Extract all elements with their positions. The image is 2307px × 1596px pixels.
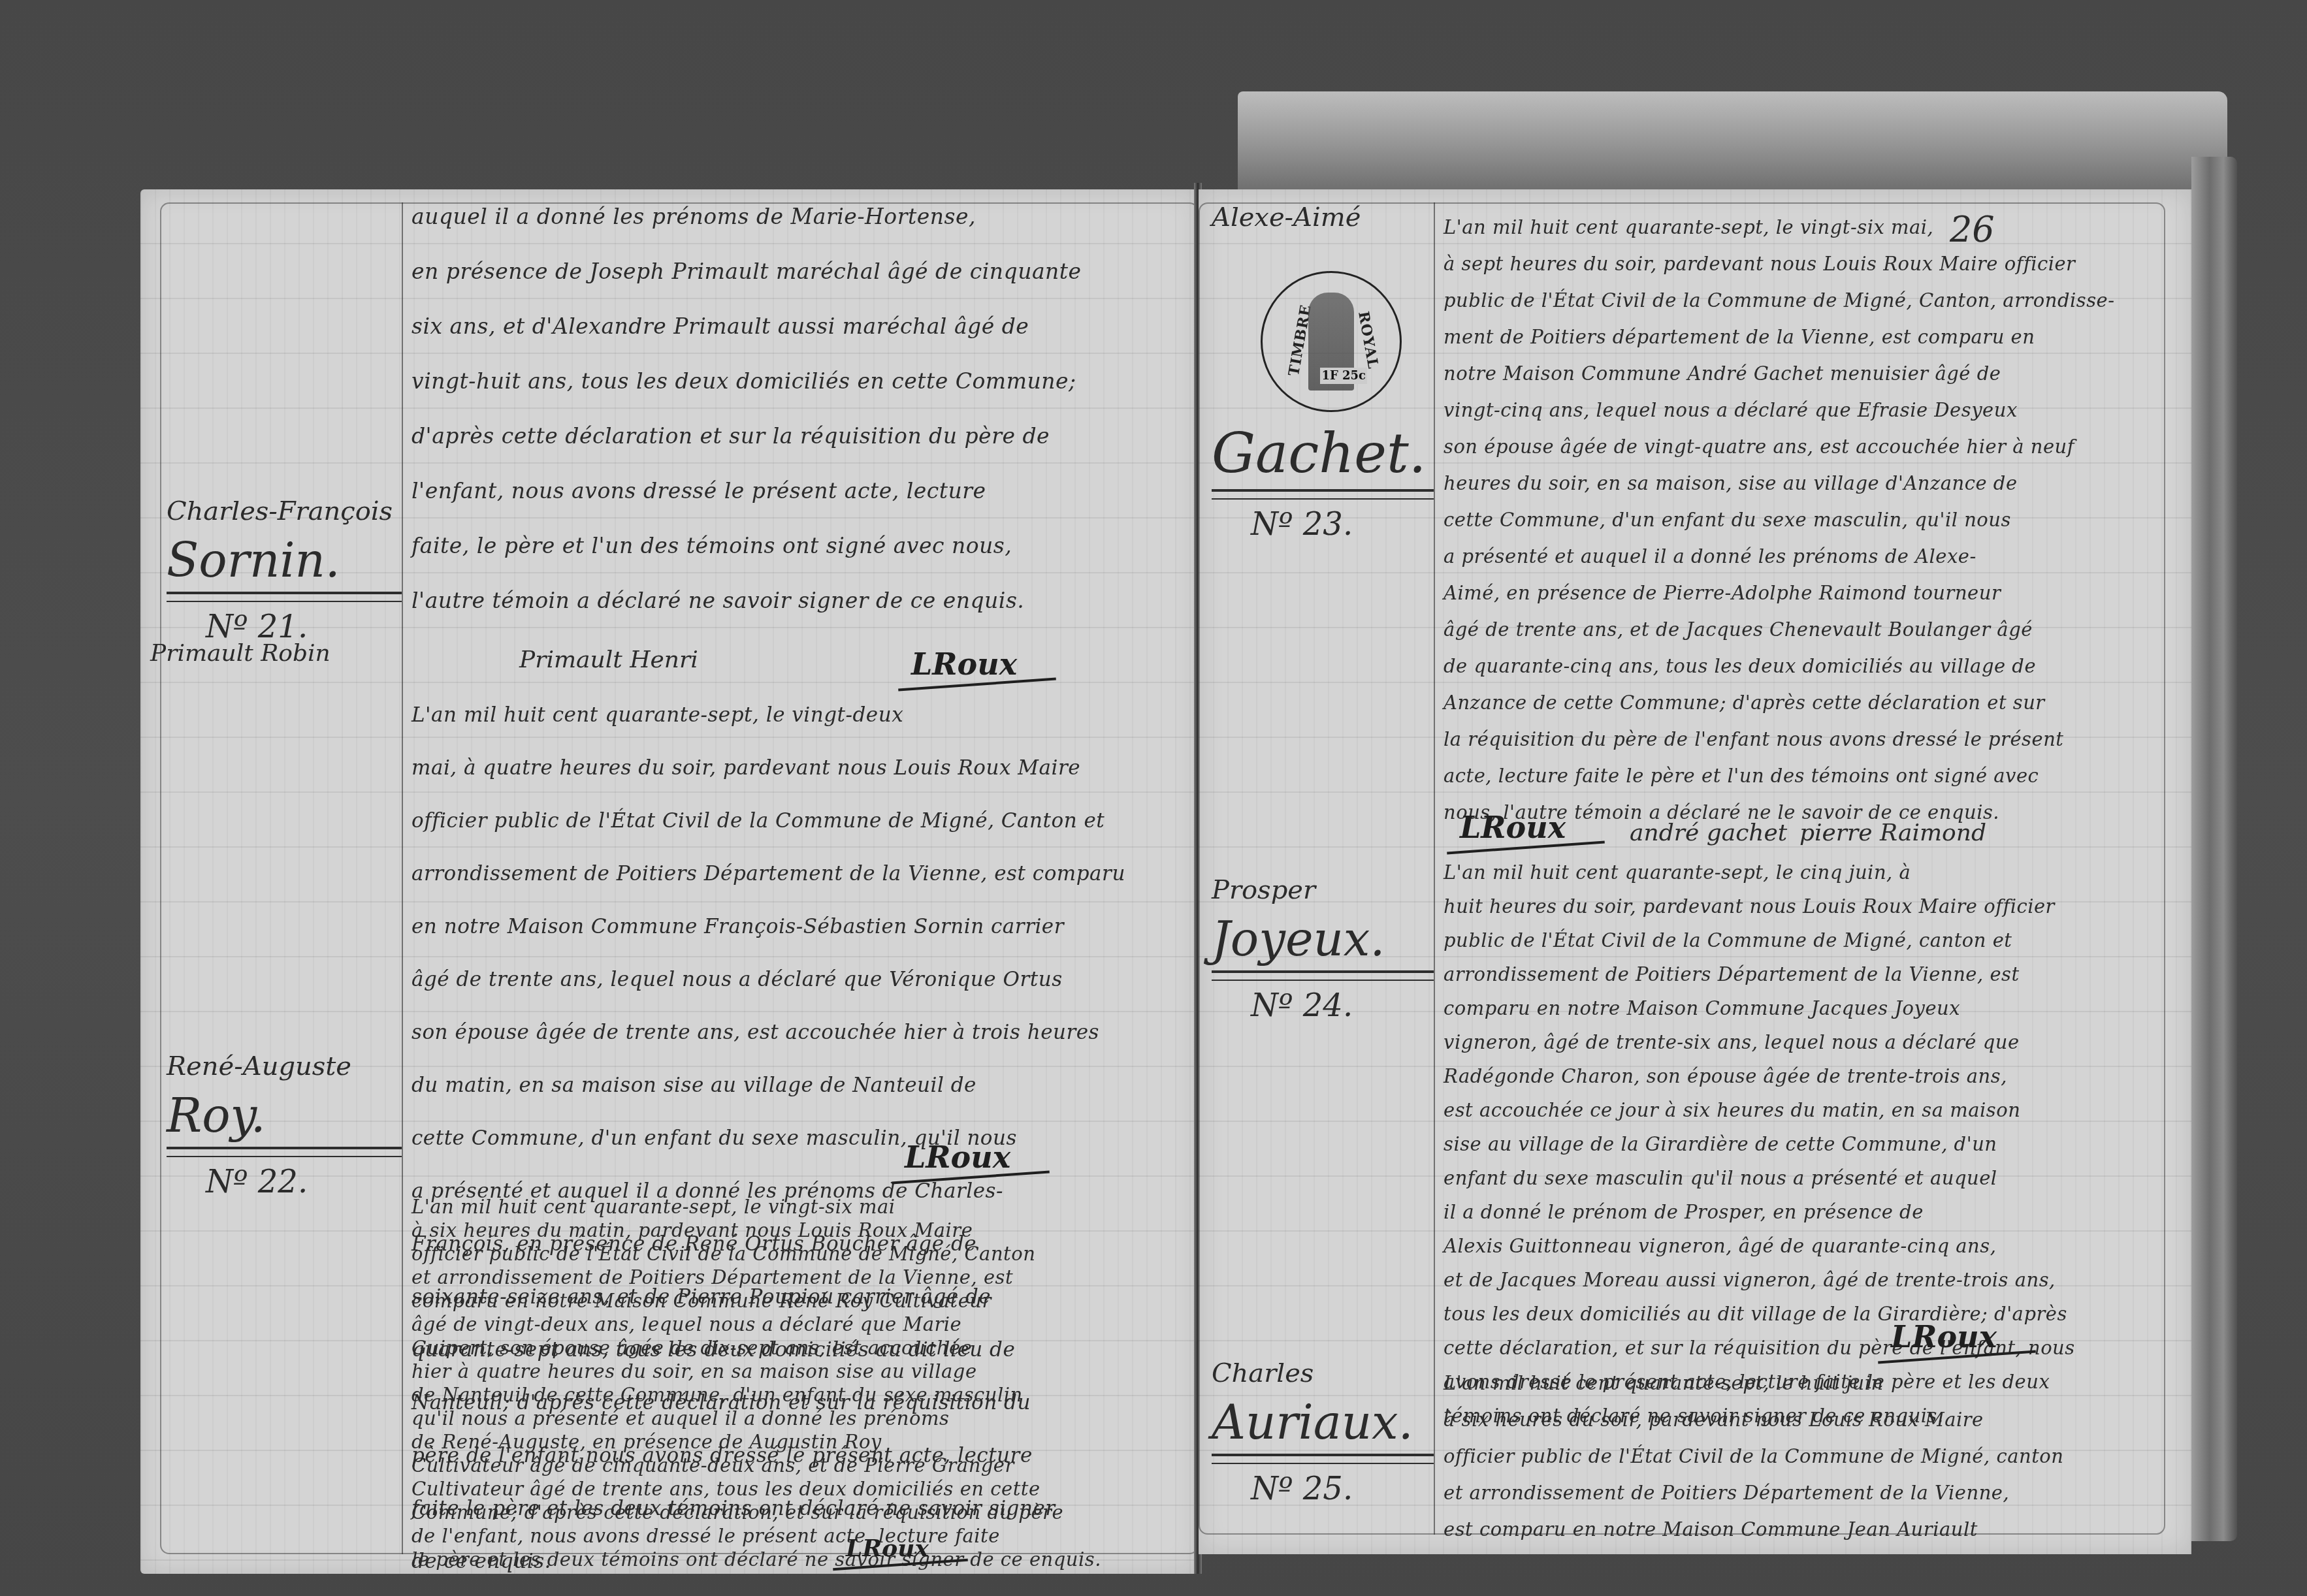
margin-rule <box>1434 202 1435 1535</box>
mayor-signature: LRoux <box>1891 1319 1997 1354</box>
margin-entry-23-surname: Gachet. Nº 23. <box>1212 415 1427 543</box>
entry-number: Nº 25. <box>1212 1471 1427 1507</box>
surname: Auriaux. <box>1212 1395 1427 1450</box>
double-rule <box>1212 1454 1434 1464</box>
margin-rule <box>402 202 403 1554</box>
book-fore-edge <box>2191 157 2237 1541</box>
witness-signature: andré gachet <box>1630 820 1787 846</box>
mayor-signature: LRoux <box>1460 810 1566 845</box>
given-names: Prosper <box>1212 875 1315 905</box>
right-page: 26 Alexe-Aimé TIMBRE ROYAL 1F 25c Gachet… <box>1199 189 2191 1554</box>
continuation-text: auquel il a donné les prénoms de Marie-H… <box>411 189 1189 628</box>
left-page: Primault Robin auquel il a donné les pré… <box>140 189 1199 1574</box>
given-names: Alexe-Aimé <box>1212 202 1361 232</box>
margin-entry-25: Charles Auriaux. Nº 25. <box>1212 1358 1427 1507</box>
double-rule <box>167 592 402 602</box>
double-rule <box>167 1147 402 1157</box>
witness-signature: pierre Raimond <box>1799 820 1986 846</box>
margin-entry-21: Charles-François Sornin. Nº 21. <box>167 496 402 645</box>
surname: Joyeux. <box>1212 912 1427 966</box>
book-top-edge <box>1238 91 2227 196</box>
surname: Roy. <box>167 1088 402 1143</box>
entry-24-text: L'an mil huit cent quarante-sept, le cin… <box>1444 855 2162 1433</box>
mayor-signature: LRoux <box>905 1140 1010 1175</box>
margin-entry-22: René-Auguste Roy. Nº 22. <box>167 1051 402 1200</box>
entry-number: Nº 21. <box>167 609 402 645</box>
surname: Gachet. <box>1212 421 1427 485</box>
entry-number: Nº 23. <box>1212 506 1427 543</box>
given-names: Charles <box>1212 1358 1314 1388</box>
mayor-signature: LRoux <box>846 1535 929 1562</box>
entry-number: Nº 22. <box>167 1164 402 1200</box>
given-names: Charles-François <box>167 496 393 526</box>
mayor-signature: LRoux <box>911 646 1017 682</box>
timbre-royal-seal-icon: TIMBRE ROYAL 1F 25c <box>1261 271 1402 412</box>
surname: Sornin. <box>167 533 402 588</box>
margin-entry-24: Prosper Joyeux. Nº 24. <box>1212 875 1427 1024</box>
double-rule <box>1212 489 1434 500</box>
given-names: René-Auguste <box>167 1051 351 1081</box>
entry-22-text: L'an mil huit cent quarante-sept, le vin… <box>411 1195 1189 1571</box>
double-rule <box>1212 970 1434 981</box>
entry-23-text: L'an mil huit cent quarante-sept, le vin… <box>1444 209 2162 831</box>
stamp-label-right: ROYAL <box>1355 310 1381 370</box>
stamp-value: 1F 25c <box>1320 368 1367 384</box>
margin-entry-23: Alexe-Aimé <box>1212 202 1427 232</box>
entry-25-text: L'an mil huit cent quarante-sept, le hui… <box>1444 1365 2162 1548</box>
entry-number: Nº 24. <box>1212 987 1427 1024</box>
witness-signature: Primault Henri <box>519 646 698 673</box>
